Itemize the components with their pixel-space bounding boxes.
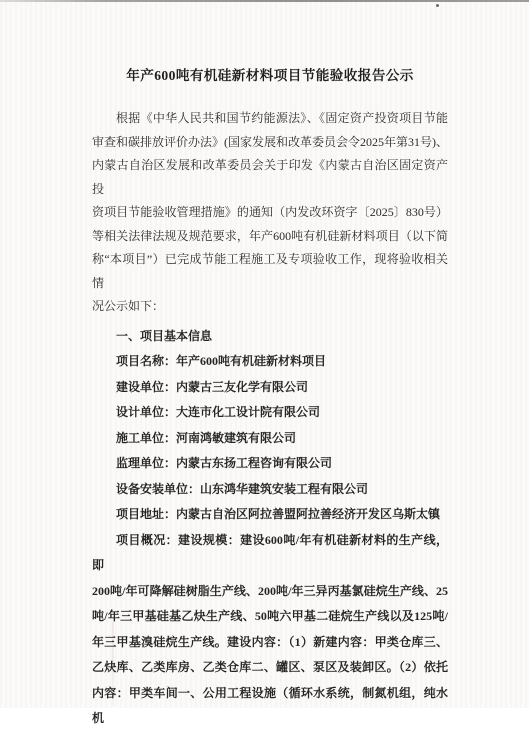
info-row-project-name: 项目名称：年产600吨有机硅新材料项目 bbox=[92, 349, 448, 375]
info-row-equipment-installation-unit: 设备安装单位：山东鸿华建筑安装工程有限公司 bbox=[92, 477, 448, 503]
info-row-project-address: 项目地址：内蒙古自治区阿拉善盟阿拉善经济开发区乌斯太镇 bbox=[92, 502, 448, 528]
info-label: 项目地址： bbox=[116, 507, 176, 521]
info-row-construction-unit: 建设单位：内蒙古三友化学有限公司 bbox=[92, 375, 448, 401]
info-label: 设备安装单位： bbox=[116, 482, 200, 496]
section-heading: 一、项目基本信息 bbox=[92, 324, 448, 350]
info-row-builder-unit: 施工单位：河南鸿敏建筑有限公司 bbox=[92, 426, 448, 452]
intro-paragraph: 根据《中华人民共和国节约能源法》、《固定资产投资项目节能 审查和碳排放评价办法》… bbox=[92, 107, 448, 319]
info-label: 建设单位： bbox=[116, 380, 176, 394]
intro-paragraph-line: 等相关法律法规及规范要求，年产600吨有机硅新材料项目（以下简 bbox=[92, 225, 448, 249]
scan-top-edge-line bbox=[0, 0, 529, 2]
info-label: 施工单位： bbox=[116, 431, 176, 445]
basic-info-section: 一、项目基本信息 项目名称：年产600吨有机硅新材料项目 建设单位：内蒙古三友化… bbox=[92, 324, 448, 732]
intro-paragraph-line: 内蒙古自治区发展和改革委员会关于印发《内蒙古自治区固定资产投 bbox=[92, 154, 448, 201]
info-row-supervision-unit: 监理单位：内蒙古东扬工程咨询有限公司 bbox=[92, 451, 448, 477]
project-overview-line: 项目概况：建设规模：建设600吨/年有机硅新材料的生产线，即 bbox=[92, 528, 448, 579]
project-overview-line: 年三甲基溴硅烷生产线。建设内容：（1）新建内容：甲类仓库三、 bbox=[92, 630, 448, 656]
project-overview-line: 内容：甲类车间一、公用工程设施（循环水系统，制氮机组，纯水机 bbox=[92, 681, 448, 732]
info-value: 山东鸿华建筑安装工程有限公司 bbox=[200, 482, 368, 496]
intro-paragraph-line: 根据《中华人民共和国节约能源法》、《固定资产投资项目节能 bbox=[92, 107, 448, 131]
document-content: 年产600吨有机硅新材料项目节能验收报告公示 根据《中华人民共和国节约能源法》、… bbox=[92, 64, 448, 732]
document-title: 年产600吨有机硅新材料项目节能验收报告公示 bbox=[92, 64, 448, 87]
info-row-design-unit: 设计单位：大连市化工设计院有限公司 bbox=[92, 400, 448, 426]
intro-paragraph-line: 称“本项目”）已完成节能工程施工及专项验收工作，现将验收相关情 bbox=[92, 248, 448, 295]
info-value: 内蒙古自治区阿拉善盟阿拉善经济开发区乌斯太镇 bbox=[176, 507, 440, 521]
info-value: 内蒙古东扬工程咨询有限公司 bbox=[176, 456, 332, 470]
info-value: 年产600吨有机硅新材料项目 bbox=[176, 354, 326, 368]
intro-paragraph-line: 况公示如下： bbox=[92, 295, 448, 319]
info-label: 设计单位： bbox=[116, 405, 176, 419]
intro-paragraph-line: 资项目节能验收管理措施》的通知（内发改环资字〔2025〕830号） bbox=[92, 201, 448, 225]
project-overview-line: 200吨/年可降解硅树脂生产线、200吨/年三异丙基氯硅烷生产线、25 bbox=[92, 579, 448, 605]
scanned-document-page: 年产600吨有机硅新材料项目节能验收报告公示 根据《中华人民共和国节约能源法》、… bbox=[0, 0, 529, 749]
info-label: 项目名称： bbox=[116, 354, 176, 368]
info-value: 内蒙古三友化学有限公司 bbox=[176, 380, 308, 394]
info-value: 大连市化工设计院有限公司 bbox=[176, 405, 320, 419]
info-value: 河南鸿敏建筑有限公司 bbox=[176, 431, 296, 445]
scan-dust-speck bbox=[436, 4, 439, 7]
intro-paragraph-line: 审查和碳排放评价办法》(国家发展和改革委员会令2025年第31号)、 bbox=[92, 131, 448, 155]
project-overview-line: 吨/年三甲基硅基乙炔生产线、50吨六甲基二硅烷生产线以及125吨/ bbox=[92, 604, 448, 630]
info-label: 监理单位： bbox=[116, 456, 176, 470]
project-overview-line: 乙炔库、乙类库房、乙类仓库二、罐区、泵区及装卸区。（2）依托 bbox=[92, 655, 448, 681]
